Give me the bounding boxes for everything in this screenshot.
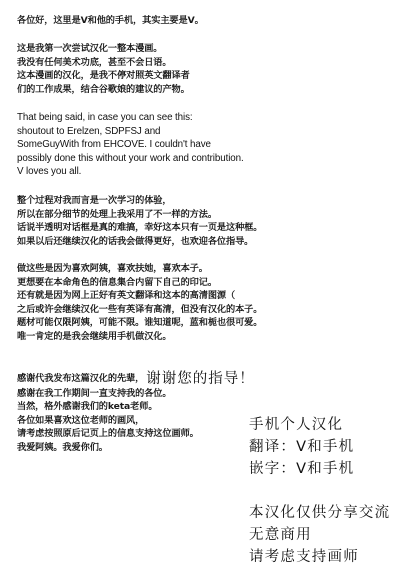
text-line: 唯一肯定的是我会继续用手机做汉化。 <box>17 330 262 344</box>
translation-credit: 翻译：V和手机 <box>249 436 390 458</box>
text-line: 题材可能仅限阿姨，可能不限。谁知道呢，蓝和栀也很可爱。 <box>17 316 262 330</box>
group-name: 手机个人汉化 <box>249 414 390 436</box>
text-line: 话说半透明对话框是真的难搞，幸好这本只有一页是这种框。 <box>17 221 262 235</box>
text-line: possibly done this without your work and… <box>17 152 244 166</box>
thanks-first-line: 感谢代我发布这篇汉化的先辈， <box>17 373 144 384</box>
text-line: SomeGuyWith from EHCOVE. I couldn't have <box>17 138 244 152</box>
text-line: 之后或许会继续汉化一些有英译有高清，但没有汉化的本子。 <box>17 303 262 317</box>
text-line: 整个过程对我而言是一次学习的体验， <box>17 194 262 208</box>
notice-line: 请考虑支持画师 <box>249 546 390 568</box>
text-line: shoutout to Erelzen, SDPFSJ and <box>17 125 244 139</box>
greeting-line: 各位好，这里是V和他的手机，其实主要是V。 <box>17 14 204 28</box>
credits-block: 手机个人汉化 翻译：V和手机 嵌字：V和手机 本汉化仅供分享交流 无意商用 请考… <box>249 414 390 568</box>
text-line: 各位如果喜欢这位老师的画风， <box>17 414 255 428</box>
text-line: 做这些是因为喜欢阿姨，喜欢扶她，喜欢本子。 <box>17 262 262 276</box>
text-line: 感谢代我发布这篇汉化的先辈，谢谢您的指导！ <box>17 372 255 387</box>
english-shoutout-paragraph: That being said, in case you can see thi… <box>17 111 244 179</box>
greeting-paragraph: 各位好，这里是V和他的手机，其实主要是V。 <box>17 14 204 28</box>
text-line: 这是我第一次尝试汉化一整本漫画。 <box>17 42 190 56</box>
first-attempt-paragraph: 这是我第一次尝试汉化一整本漫画。 我没有任何美术功底，甚至不会日语。 这本漫画的… <box>17 42 190 96</box>
text-line: 还有就是因为网上正好有英文翻译和这本的高清图源（ <box>17 289 262 303</box>
afterword-page: 各位好，这里是V和他的手机，其实主要是V。 这是我第一次尝试汉化一整本漫画。 我… <box>0 0 400 572</box>
text-line: 感谢在我工作期间一直支持我的各位。 <box>17 387 255 401</box>
text-line: V loves you all. <box>17 165 244 179</box>
text-line: 当然，格外感谢我们的keta老师。 <box>17 400 255 414</box>
notice-line: 本汉化仅供分享交流 <box>249 502 390 524</box>
motivation-paragraph: 做这些是因为喜欢阿姨，喜欢扶她，喜欢本子。 更想要在本命角色的信息集合内留下自己… <box>17 262 262 344</box>
text-line: 如果以后还继续汉化的话我会做得更好，也欢迎各位指导。 <box>17 235 262 249</box>
notice-line: 无意商用 <box>249 524 390 546</box>
typesetting-credit: 嵌字：V和手机 <box>249 458 390 480</box>
text-line: 请考虑按照原后记页上的信息支持这位画师。 <box>17 427 255 441</box>
text-line: 我没有任何美术功底，甚至不会日语。 <box>17 56 190 70</box>
handwritten-thanks: 谢谢您的指导！ <box>146 371 255 387</box>
spacer <box>249 480 390 502</box>
text-line: 更想要在本命角色的信息集合内留下自己的印记。 <box>17 276 262 290</box>
thanks-paragraph: 感谢代我发布这篇汉化的先辈，谢谢您的指导！ 感谢在我工作期间一直支持我的各位。 … <box>17 372 255 455</box>
text-line: 这本漫画的汉化，是我不停对照英文翻译者 <box>17 69 190 83</box>
text-line: That being said, in case you can see thi… <box>17 111 244 125</box>
text-line: 所以在部分细节的处理上我采用了不一样的方法。 <box>17 208 262 222</box>
text-line: 们的工作成果，结合谷歌娘的建议的产物。 <box>17 83 190 97</box>
learning-experience-paragraph: 整个过程对我而言是一次学习的体验， 所以在部分细节的处理上我采用了不一样的方法。… <box>17 194 262 248</box>
text-line: 我爱阿姨。我爱你们。 <box>17 441 255 455</box>
